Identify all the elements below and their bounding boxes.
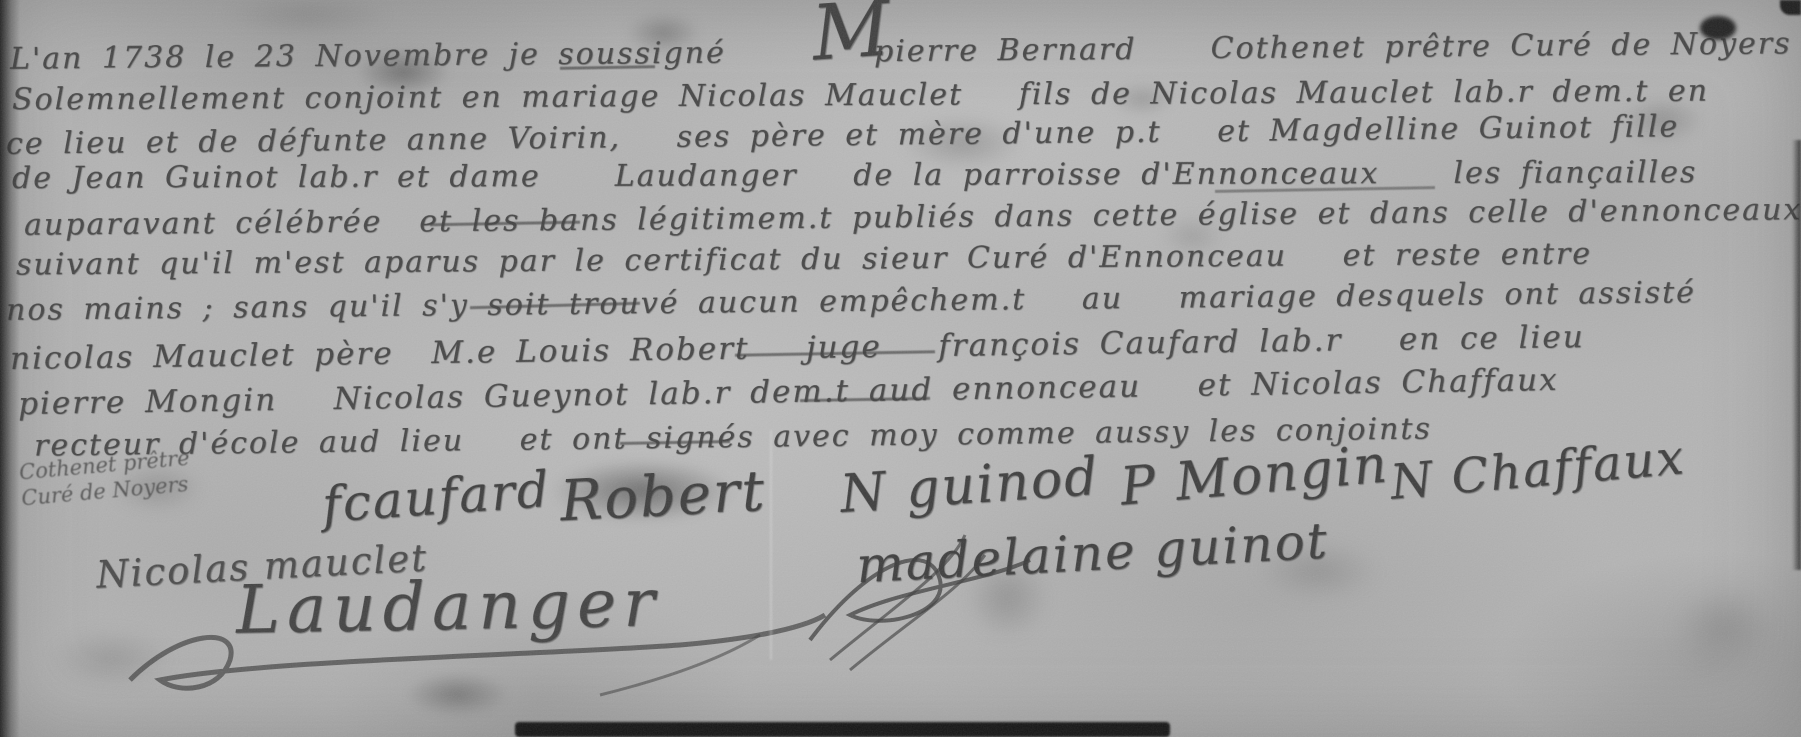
record-line-7: nos mains ; sans qu'il s'y soit trouvé a… bbox=[6, 275, 1696, 328]
signature-chaffaux: N Chaffaux bbox=[1388, 429, 1687, 511]
signature-guinod: N guinod bbox=[838, 447, 1101, 525]
scan-corner-notch bbox=[1780, 0, 1801, 15]
ink-stain bbox=[405, 672, 510, 717]
record-line-4: de Jean Guinot lab.r et dame Laudanger d… bbox=[12, 155, 1697, 196]
parish-register-scan: M L'an 1738 le 23 Novembre je soussigné … bbox=[0, 0, 1801, 737]
paper-fold-line bbox=[770, 430, 772, 660]
record-line-5: auparavant célébrée et les bans légitime… bbox=[24, 192, 1801, 243]
signature-madelaine-guinot: madelaine guinot bbox=[855, 512, 1330, 595]
record-line-3: ce lieu et de défunte anne Voirin, ses p… bbox=[6, 109, 1679, 162]
ink-stain bbox=[48, 628, 173, 690]
signature-laudanger: Laudanger bbox=[235, 564, 662, 648]
record-line-1: L'an 1738 le 23 Novembre je soussigné pi… bbox=[10, 26, 1792, 77]
scan-bottom-edge bbox=[515, 722, 1170, 737]
record-line-6: suivant qu'il m'est aparus par le certif… bbox=[16, 236, 1592, 282]
ink-stain bbox=[225, 0, 390, 37]
signature-robert: Robert bbox=[558, 459, 767, 535]
ink-stain bbox=[1672, 585, 1777, 670]
signature-caufard: fcaufard bbox=[320, 460, 552, 534]
